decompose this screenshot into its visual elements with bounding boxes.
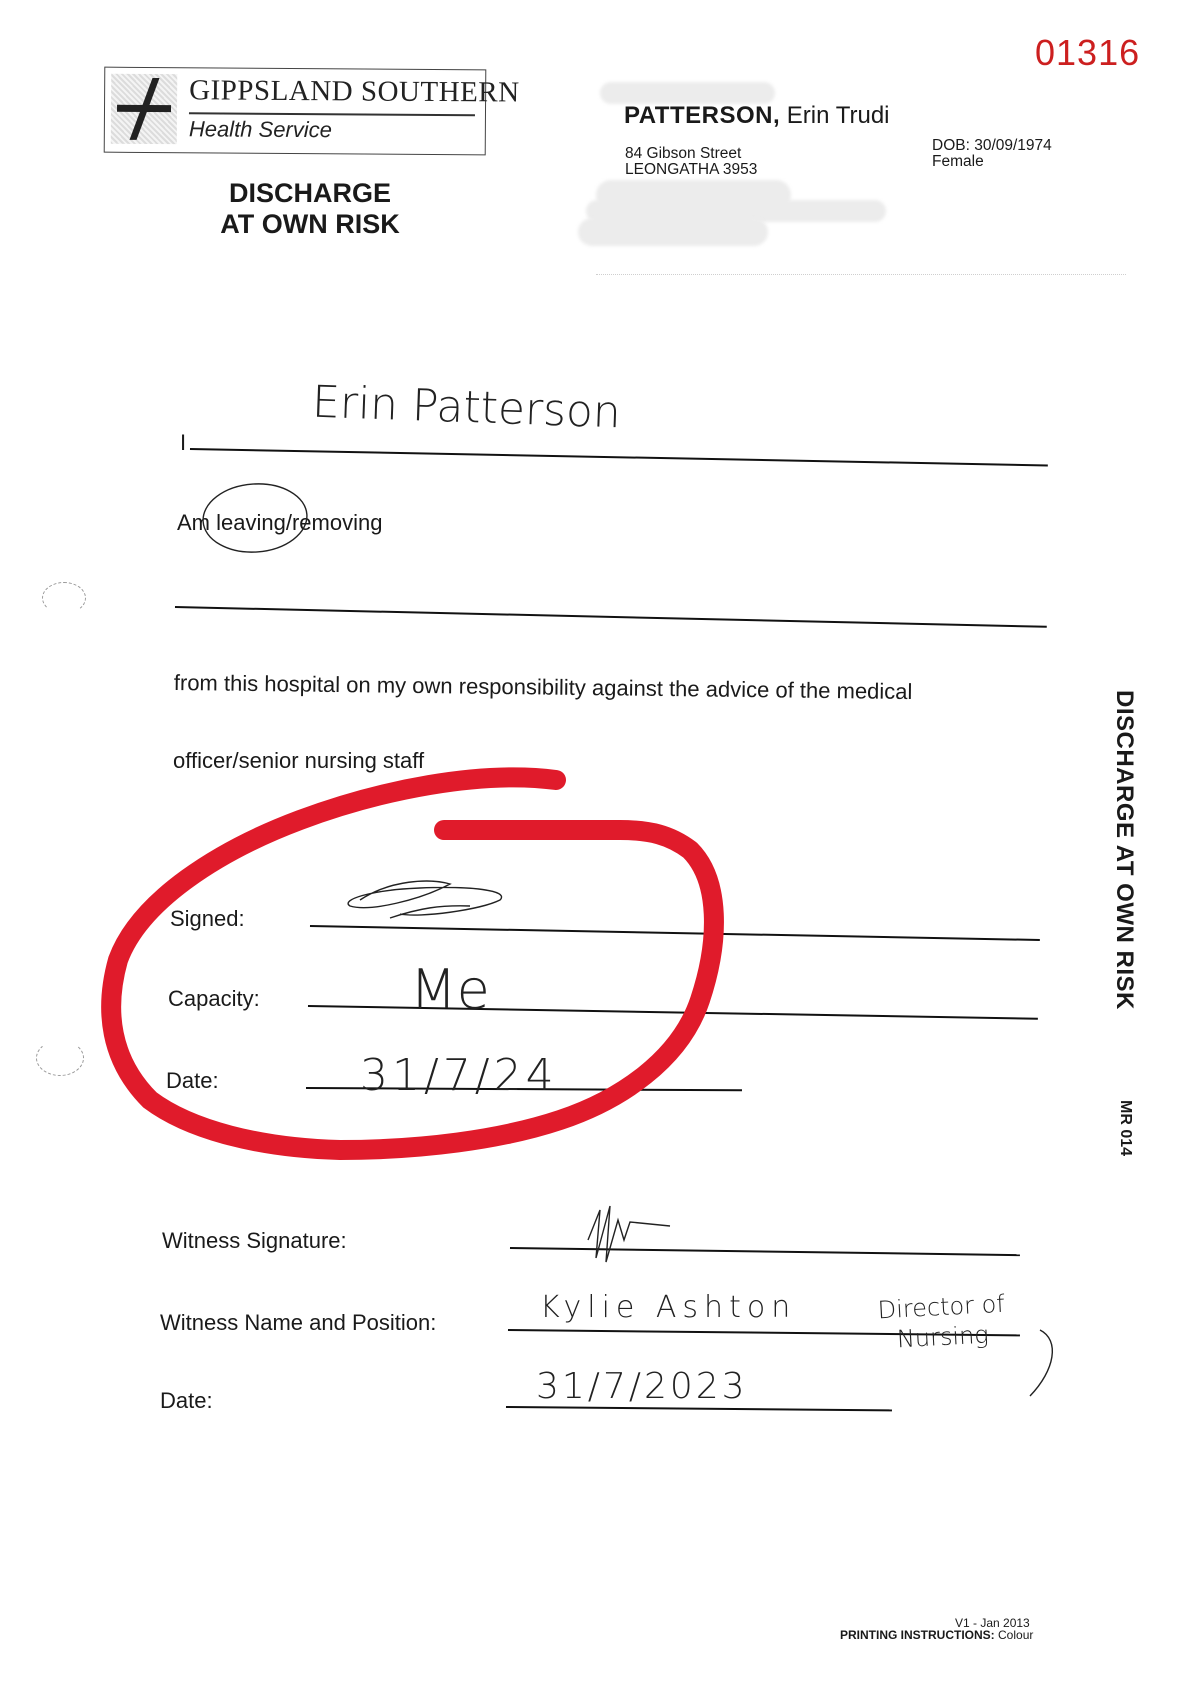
organisation-logo: GIPPSLAND SOUTHERN Health Service xyxy=(104,67,487,156)
date-value: 31/7/24 xyxy=(360,1050,558,1101)
option-removing: removing xyxy=(292,510,382,535)
witness-signature xyxy=(588,1206,670,1262)
redaction-1 xyxy=(600,82,775,104)
document-title: DISCHARGE AT OWN RISK xyxy=(190,178,430,240)
statement-line-4: officer/senior nursing staff xyxy=(173,748,424,774)
leaving-removing-text: Am leaving/removing xyxy=(177,510,382,536)
witness-name-value: Kylie Ashton xyxy=(540,1290,796,1325)
side-title: DISCHARGE AT OWN RISK xyxy=(1110,690,1138,1010)
option-leaving: leaving xyxy=(216,510,286,535)
patient-address: 84 Gibson Street LEONGATHA 3953 xyxy=(625,146,757,178)
witness-position-value: Director of Nursing xyxy=(841,1287,1044,1357)
date-label: Date: xyxy=(166,1068,219,1094)
signed-line xyxy=(310,925,1040,941)
statement-line-3: from this hospital on my own responsibil… xyxy=(174,670,913,705)
printing-instructions: PRINTING INSTRUCTIONS: Colour xyxy=(840,1628,1033,1642)
witness-date-value: 31/7/2023 xyxy=(536,1366,748,1407)
blank-line xyxy=(175,606,1047,627)
handwriting-overlay xyxy=(0,0,1200,1697)
label-divider xyxy=(596,274,1126,276)
patient-name: PATTERSON, Erin Trudi xyxy=(624,102,890,130)
witness-signature-line xyxy=(510,1247,1020,1256)
witness-signature-label: Witness Signature: xyxy=(162,1228,347,1254)
capacity-label: Capacity: xyxy=(168,986,260,1012)
capacity-value: Me xyxy=(410,958,490,1021)
patient-signature xyxy=(348,881,501,918)
patient-dob-sex: DOB: 30/09/1974 Female xyxy=(932,138,1052,170)
form-number: 01316 xyxy=(1035,32,1140,74)
signed-label: Signed: xyxy=(170,906,245,932)
witness-date-label: Date: xyxy=(160,1388,213,1414)
handwritten-name: Erin Patterson xyxy=(311,377,621,439)
cross-emblem-icon xyxy=(111,74,177,144)
organisation-name: GIPPSLAND SOUTHERN xyxy=(189,74,520,109)
hole-punch-mark xyxy=(36,1040,84,1076)
i-label: I xyxy=(180,430,186,456)
form-code: MR 014 xyxy=(1116,1100,1134,1156)
logo-divider xyxy=(189,112,475,115)
hole-punch-mark xyxy=(42,582,86,614)
redaction-4 xyxy=(578,218,768,246)
witness-name-label: Witness Name and Position: xyxy=(160,1310,436,1336)
name-line xyxy=(190,448,1048,466)
organisation-subtitle: Health Service xyxy=(189,116,332,143)
